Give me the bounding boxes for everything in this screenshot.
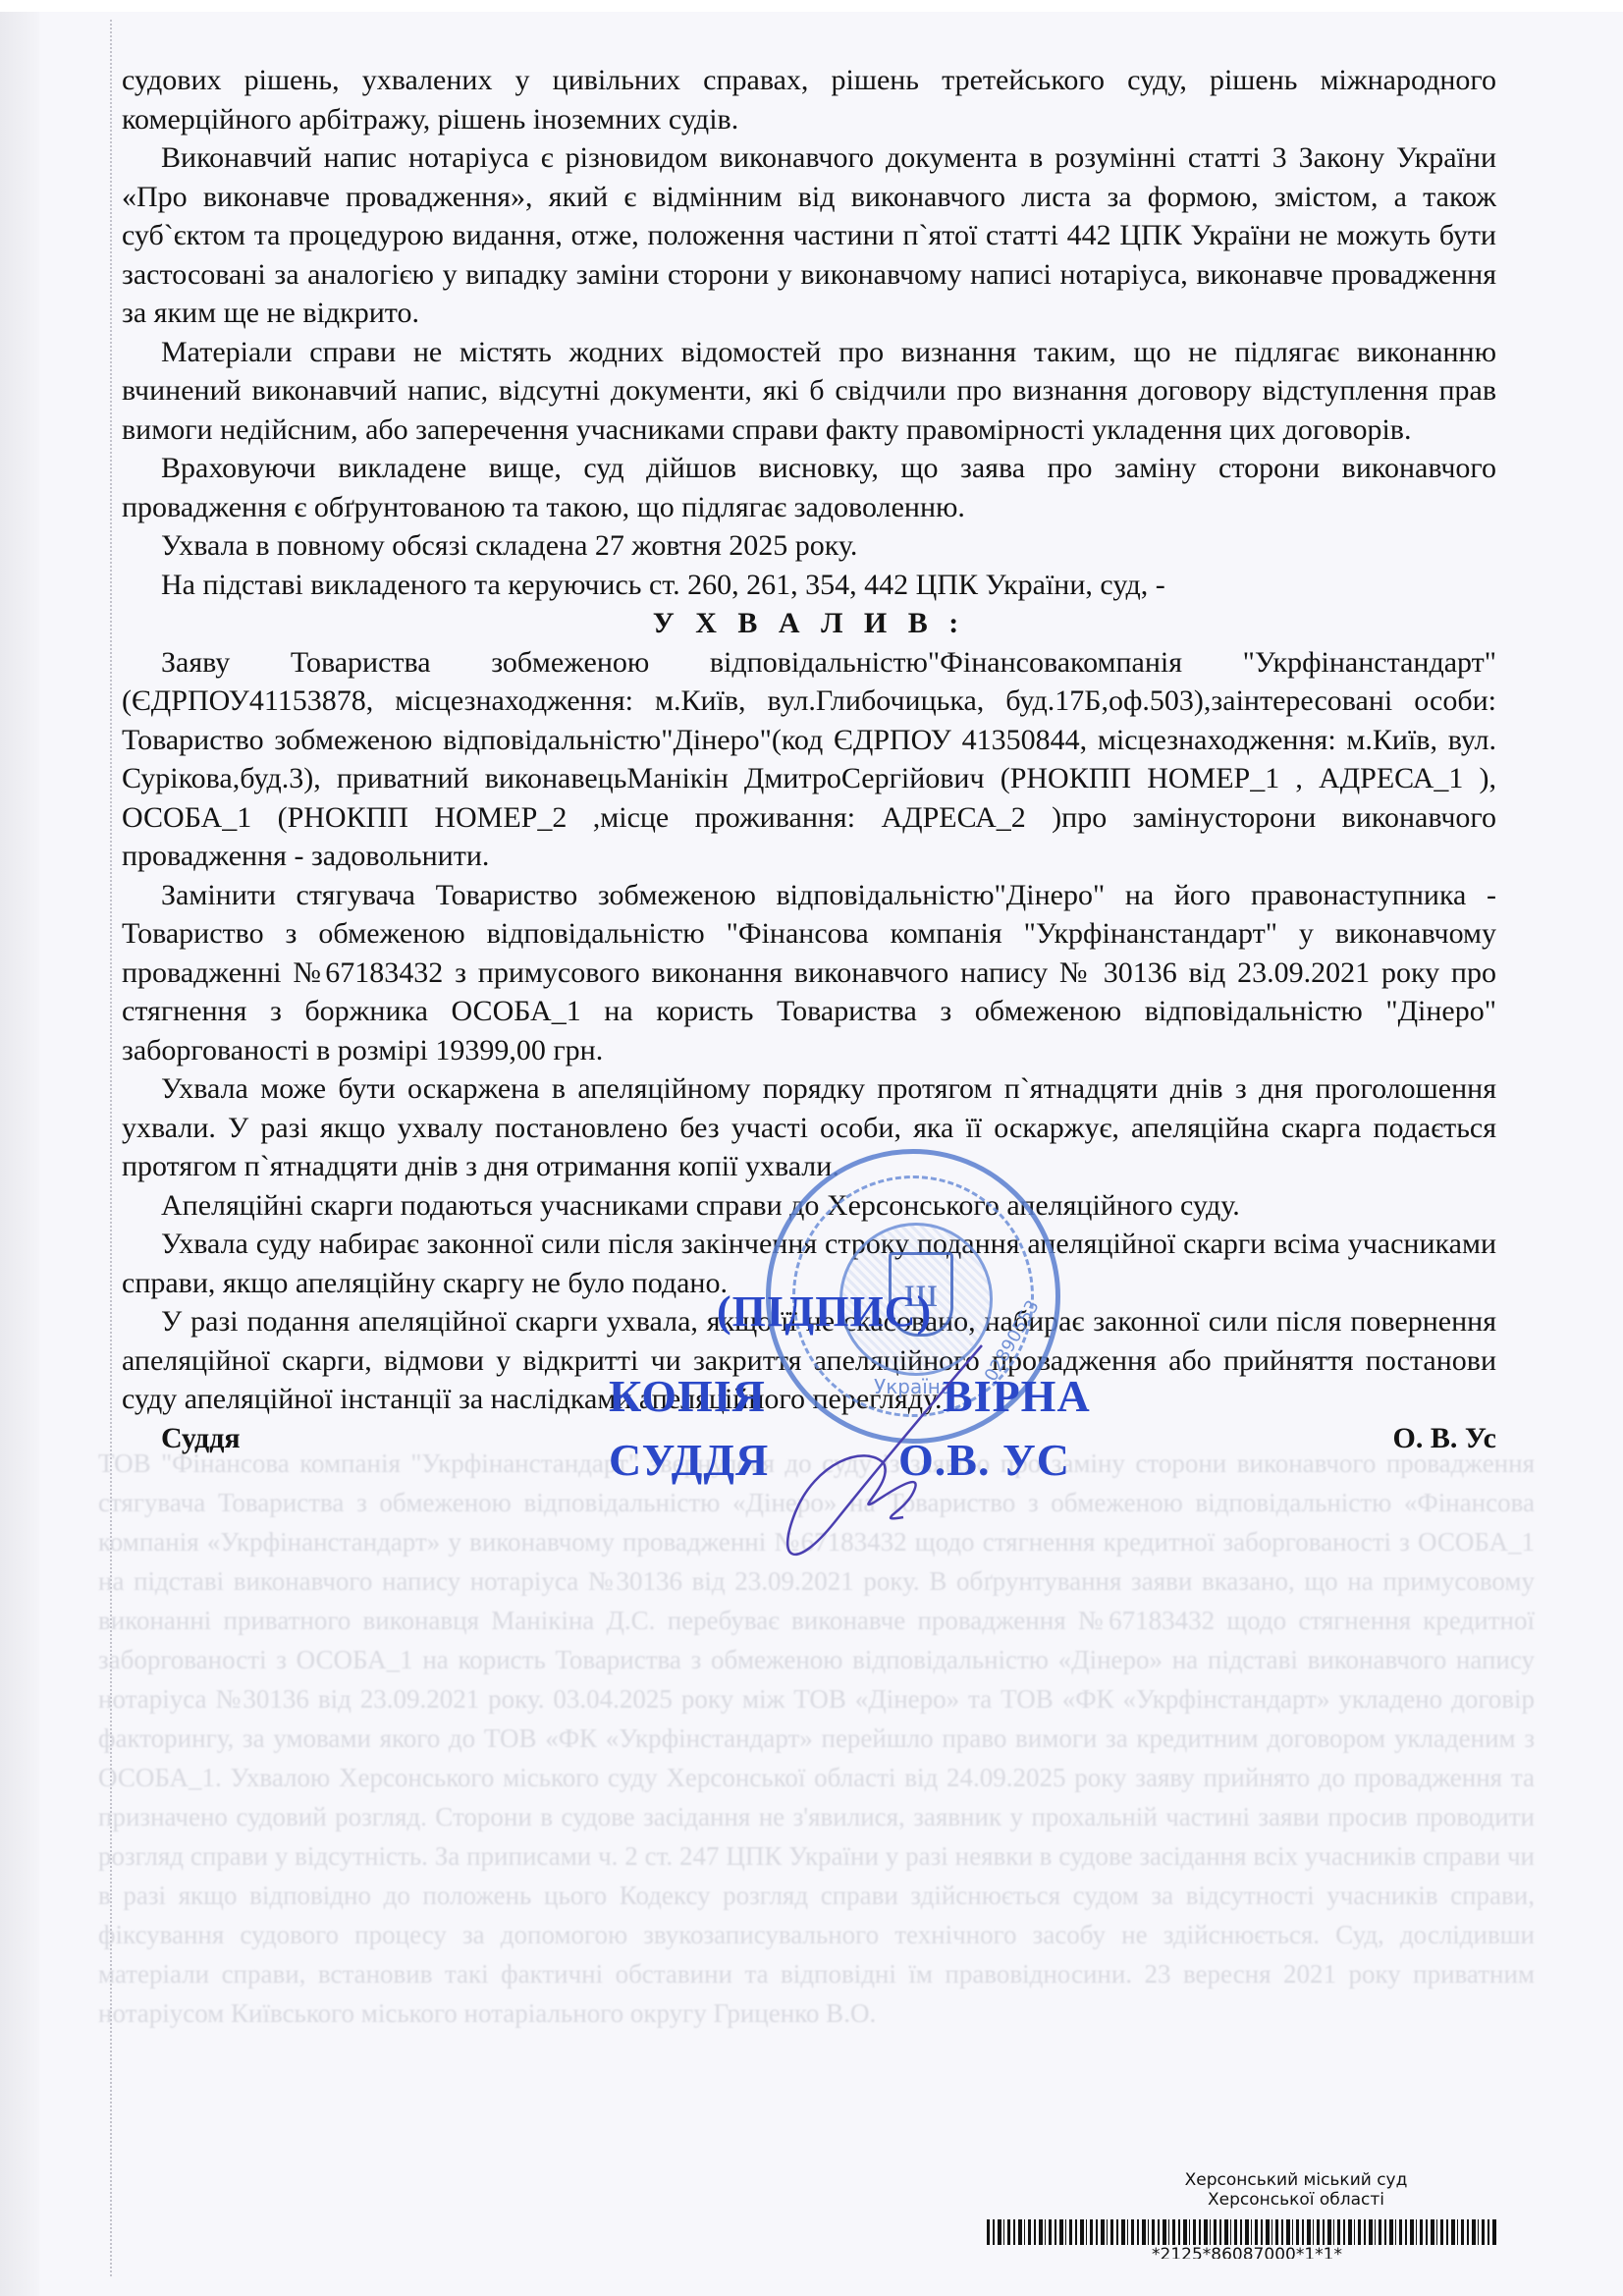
court-name: Херсонський міський суд	[1109, 2170, 1483, 2190]
barcode-number: *2125*86087000*1*1*	[1129, 2245, 1365, 2259]
paragraph: На підставі викладеного та керуючись ст.…	[122, 566, 1496, 605]
paragraph: судових рішень, ухвалених у цивільних сп…	[122, 61, 1496, 138]
paragraph: Ухвала в повному обсязі складена 27 жовт…	[122, 526, 1496, 566]
handwritten-signature-icon	[756, 1326, 1011, 1581]
court-region: Херсонської області	[1109, 2190, 1483, 2210]
ruling-paragraph: Замінити стягувача Товариство зобмеженою…	[122, 876, 1496, 1070]
court-footer: Херсонський міський суд Херсонської обла…	[1109, 2170, 1483, 2210]
page-edge-shadow	[0, 12, 39, 2296]
paragraph: Виконавчий напис нотаріуса є різновидом …	[122, 138, 1496, 333]
signature-name: О. В. Ус	[1354, 1419, 1496, 1458]
ruling-paragraph: Заяву Товариства зобмеженою відповідальн…	[122, 643, 1496, 876]
paragraph: Матеріали справи не містять жодних відом…	[122, 333, 1496, 450]
copy-label: КОПІЯ	[609, 1370, 766, 1422]
paragraph: Враховуючи викладене вище, суд дійшов ви…	[122, 449, 1496, 526]
ruling-heading: У Х В А Л И В :	[122, 604, 1496, 643]
judge-label: СУДДЯ	[609, 1434, 769, 1486]
signature-role: Суддя	[122, 1419, 241, 1458]
certification-stamp: ш Україна 02890553 (ПІДПИС) КОПІЯ ВІРНА …	[589, 1149, 1139, 1581]
barcode	[987, 2219, 1497, 2245]
